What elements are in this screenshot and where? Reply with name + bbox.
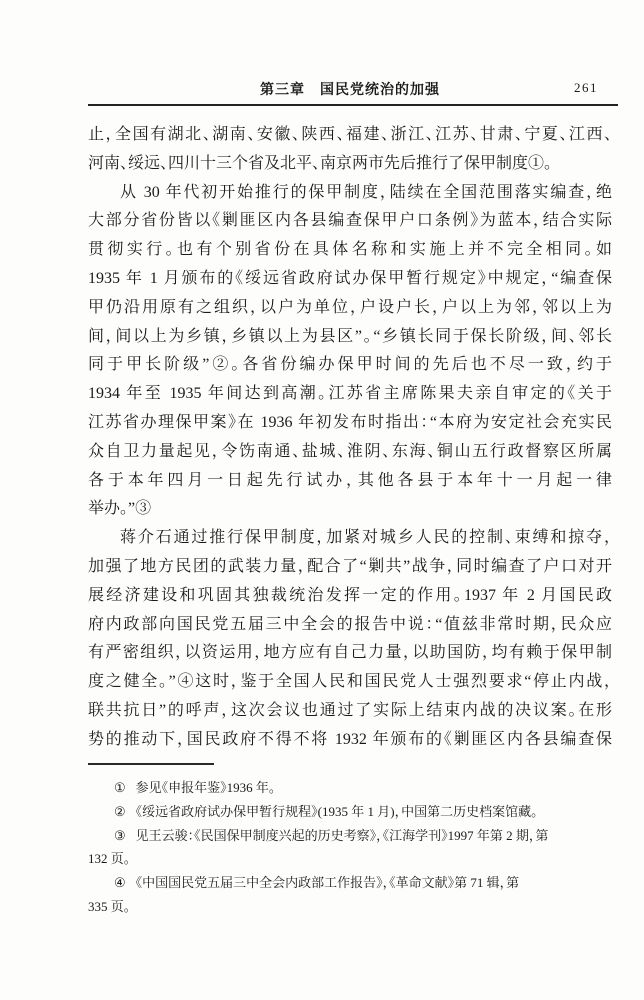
body-line: 有严密组织，以资运用，地方应有自己力量，以助国防，均有赖于保甲制	[88, 639, 612, 668]
body-line: 间，间以上为乡镇，乡镇以上为县区”。“乡镇长同于保长阶级，间、邻长	[88, 323, 612, 352]
footnotes: ①参见《申报年鉴》1936 年。 ②《绥远省政府试办保甲暂行规程》(1935 年…	[88, 776, 612, 919]
body-line: 从 30 年代初开始推行的保甲制度，陆续在全国范围落实编查，绝	[88, 179, 612, 208]
body-line: 势的推动下，国民政府不得不将 1932 年颁布的《剿匪区内各县编查保	[88, 726, 612, 755]
footnote-text: 335 页。	[88, 899, 130, 914]
body-line: 1935 年 1 月颁布的《绥远省政府试办保甲暂行规定》中规定，“编查保	[88, 265, 612, 294]
footnote-text: 见王云骏：《民国保甲制度兴起的历史考察》，《江海学刊》1997 年第 2 期，第	[136, 828, 549, 843]
body-line: 1934 年至 1935 年间达到高潮。江苏省主席陈果夫亲自审定的《关于	[88, 380, 612, 409]
footnote-line: ①参见《申报年鉴》1936 年。	[88, 776, 612, 800]
body-line: 各于本年四月一日起先行试办，其他各县于本年十一月起一律	[88, 467, 612, 496]
footnote-marker: ③	[114, 828, 126, 843]
body-line: 府内政部向国民党五届三中全会的报告中说：“值兹非常时期，民众应	[88, 611, 612, 640]
body-line: 加强了地方民团的武装力量，配合了“剿共”战争，同时编查了户口对开	[88, 553, 612, 582]
footnote-line: ④《中国国民党五届三中全会内政部工作报告》，《革命文献》第 71 辑，第	[88, 871, 612, 895]
body-line: 举办。”③	[88, 495, 612, 524]
body-text: 止，全国有湖北、湖南、安徽、陕西、福建、浙江、江苏、甘肃、宁夏、江西、 河南、绥…	[88, 121, 612, 755]
running-head: 第三章 国民党统治的加强 261	[88, 79, 612, 97]
body-line: 甲仍沿用原有之组织，以户为单位，户设户长，户以上为邻，邻以上为	[88, 294, 612, 323]
body-line: 蒋介石通过推行保甲制度，加紧对城乡人民的控制、束缚和掠夺，	[88, 524, 612, 553]
footnote-text: 参见《申报年鉴》1936 年。	[136, 780, 276, 795]
body-line: 贯彻实行。也有个别省份在具体名称和实施上并不完全相同。如	[88, 236, 612, 265]
footnote-text: 132 页。	[88, 851, 130, 866]
body-line: 同于甲长阶级”②。各省份编办保甲时间的先后也不尽一致，约于	[88, 351, 612, 380]
footnote-separator-rule	[88, 763, 214, 765]
body-line: 展经济建设和巩固其独裁统治发挥一定的作用。1937 年 2 月国民政	[88, 582, 612, 611]
header-rule	[88, 104, 618, 106]
body-line: 联共抗日”的呼声，这次会议也通过了实际上结束内战的决议案。在形	[88, 697, 612, 726]
footnote-marker: ④	[114, 875, 126, 890]
footnote-continuation-line: 132 页。	[88, 847, 612, 871]
body-line: 大部分省份皆以《剿匪区内各县编查保甲户口条例》为蓝本，结合实际	[88, 207, 612, 236]
body-line: 江苏省办理保甲案》在 1936 年初发布时指出：“本府为安定社会充实民	[88, 409, 612, 438]
footnote-continuation-line: 335 页。	[88, 895, 612, 919]
footnote-text: 《中国国民党五届三中全会内政部工作报告》，《革命文献》第 71 辑，第	[136, 875, 520, 890]
footnote-line: ②《绥远省政府试办保甲暂行规程》(1935 年 1 月)，中国第二历史档案馆藏。	[88, 800, 612, 824]
book-page: 第三章 国民党统治的加强 261 止，全国有湖北、湖南、安徽、陕西、福建、浙江、…	[0, 0, 644, 1000]
footnote-marker: ②	[114, 804, 126, 819]
body-line: 度之健全。”④这时，鉴于全国人民和国民党人士强烈要求“停止内战，	[88, 668, 612, 697]
footnote-marker: ①	[114, 780, 126, 795]
chapter-title: 第三章 国民党统治的加强	[88, 79, 612, 99]
footnote-line: ③见王云骏：《民国保甲制度兴起的历史考察》，《江海学刊》1997 年第 2 期，…	[88, 824, 612, 848]
page-number: 261	[574, 80, 598, 96]
footnote-text: 《绥远省政府试办保甲暂行规程》(1935 年 1 月)，中国第二历史档案馆藏。	[136, 804, 538, 819]
body-line: 众自卫力量起见，令饬南通、盐城、淮阴、东海、铜山五行政督察区所属	[88, 438, 612, 467]
body-line: 河南、绥远、四川十三个省及北平、南京两市先后推行了保甲制度①。	[88, 150, 612, 179]
body-line: 止，全国有湖北、湖南、安徽、陕西、福建、浙江、江苏、甘肃、宁夏、江西、	[88, 121, 612, 150]
